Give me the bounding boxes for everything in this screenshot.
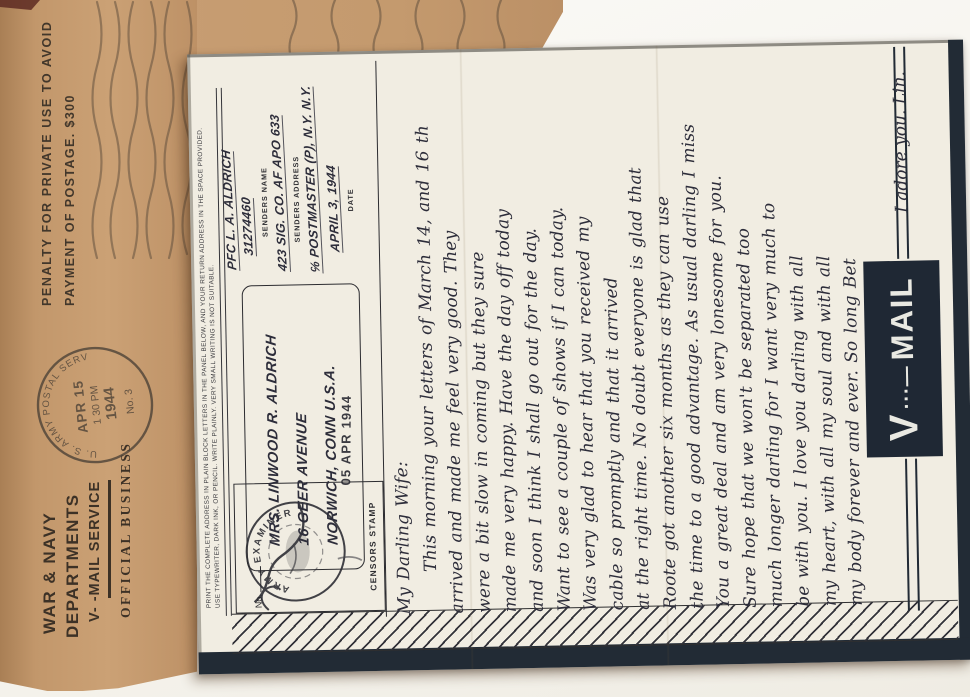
senders-address-label: SENDERS ADDRESS (291, 156, 302, 243)
received-date-stamp: 05 APR 1944 (338, 395, 354, 486)
postmark-stamp-icon: U. S. ARMY POSTAL SERVICE APR 15 1 30 PM… (33, 342, 159, 468)
censors-stamp-label: CENSORS STAMP (366, 482, 378, 610)
vmail-logo-v: V (882, 414, 928, 442)
scan-surface: PENALTY FOR PRIVATE USE TO AVOID PAYMENT… (0, 0, 970, 697)
date-handwritten: APRIL 3, 1944 (324, 164, 344, 253)
vmail-form: PRINT THE COMPLETE ADDRESS IN PLAIN BLOC… (191, 40, 970, 667)
sender-serial-handwritten: 31274460 (239, 196, 257, 256)
corner-card-rule (108, 480, 111, 598)
penalty-line-2: PAYMENT OF POSTAGE. $300 (63, 52, 77, 306)
sender-address-handwritten: 423 SIG. CO. AF APO 633 (268, 113, 291, 272)
vmail-logo-mail: MAIL (884, 276, 922, 360)
envelope-penalty-notice: PENALTY FOR PRIVATE USE TO AVOID PAYMENT… (40, 52, 77, 306)
senders-name-label: SENDERS NAME (259, 167, 269, 237)
postmark-number: No. 3 (123, 388, 138, 414)
vmail-logo: V ···— MAIL (863, 260, 943, 457)
postmark-year: 1944 (101, 387, 120, 421)
sender-address-handwritten: ℅ POSTMASTER (P), N.Y. N.Y. (298, 84, 323, 273)
vmail-letter-photo: PRINT THE COMPLETE ADDRESS IN PLAIN BLOC… (187, 40, 970, 675)
date-label: DATE (346, 188, 355, 211)
penalty-line-1: PENALTY FOR PRIVATE USE TO AVOID (40, 52, 54, 306)
message-body: My Darling Wife: This morning your lette… (381, 46, 870, 615)
logo-rule (905, 459, 920, 611)
vmail-logo-morse-dots: ···— (895, 365, 919, 409)
